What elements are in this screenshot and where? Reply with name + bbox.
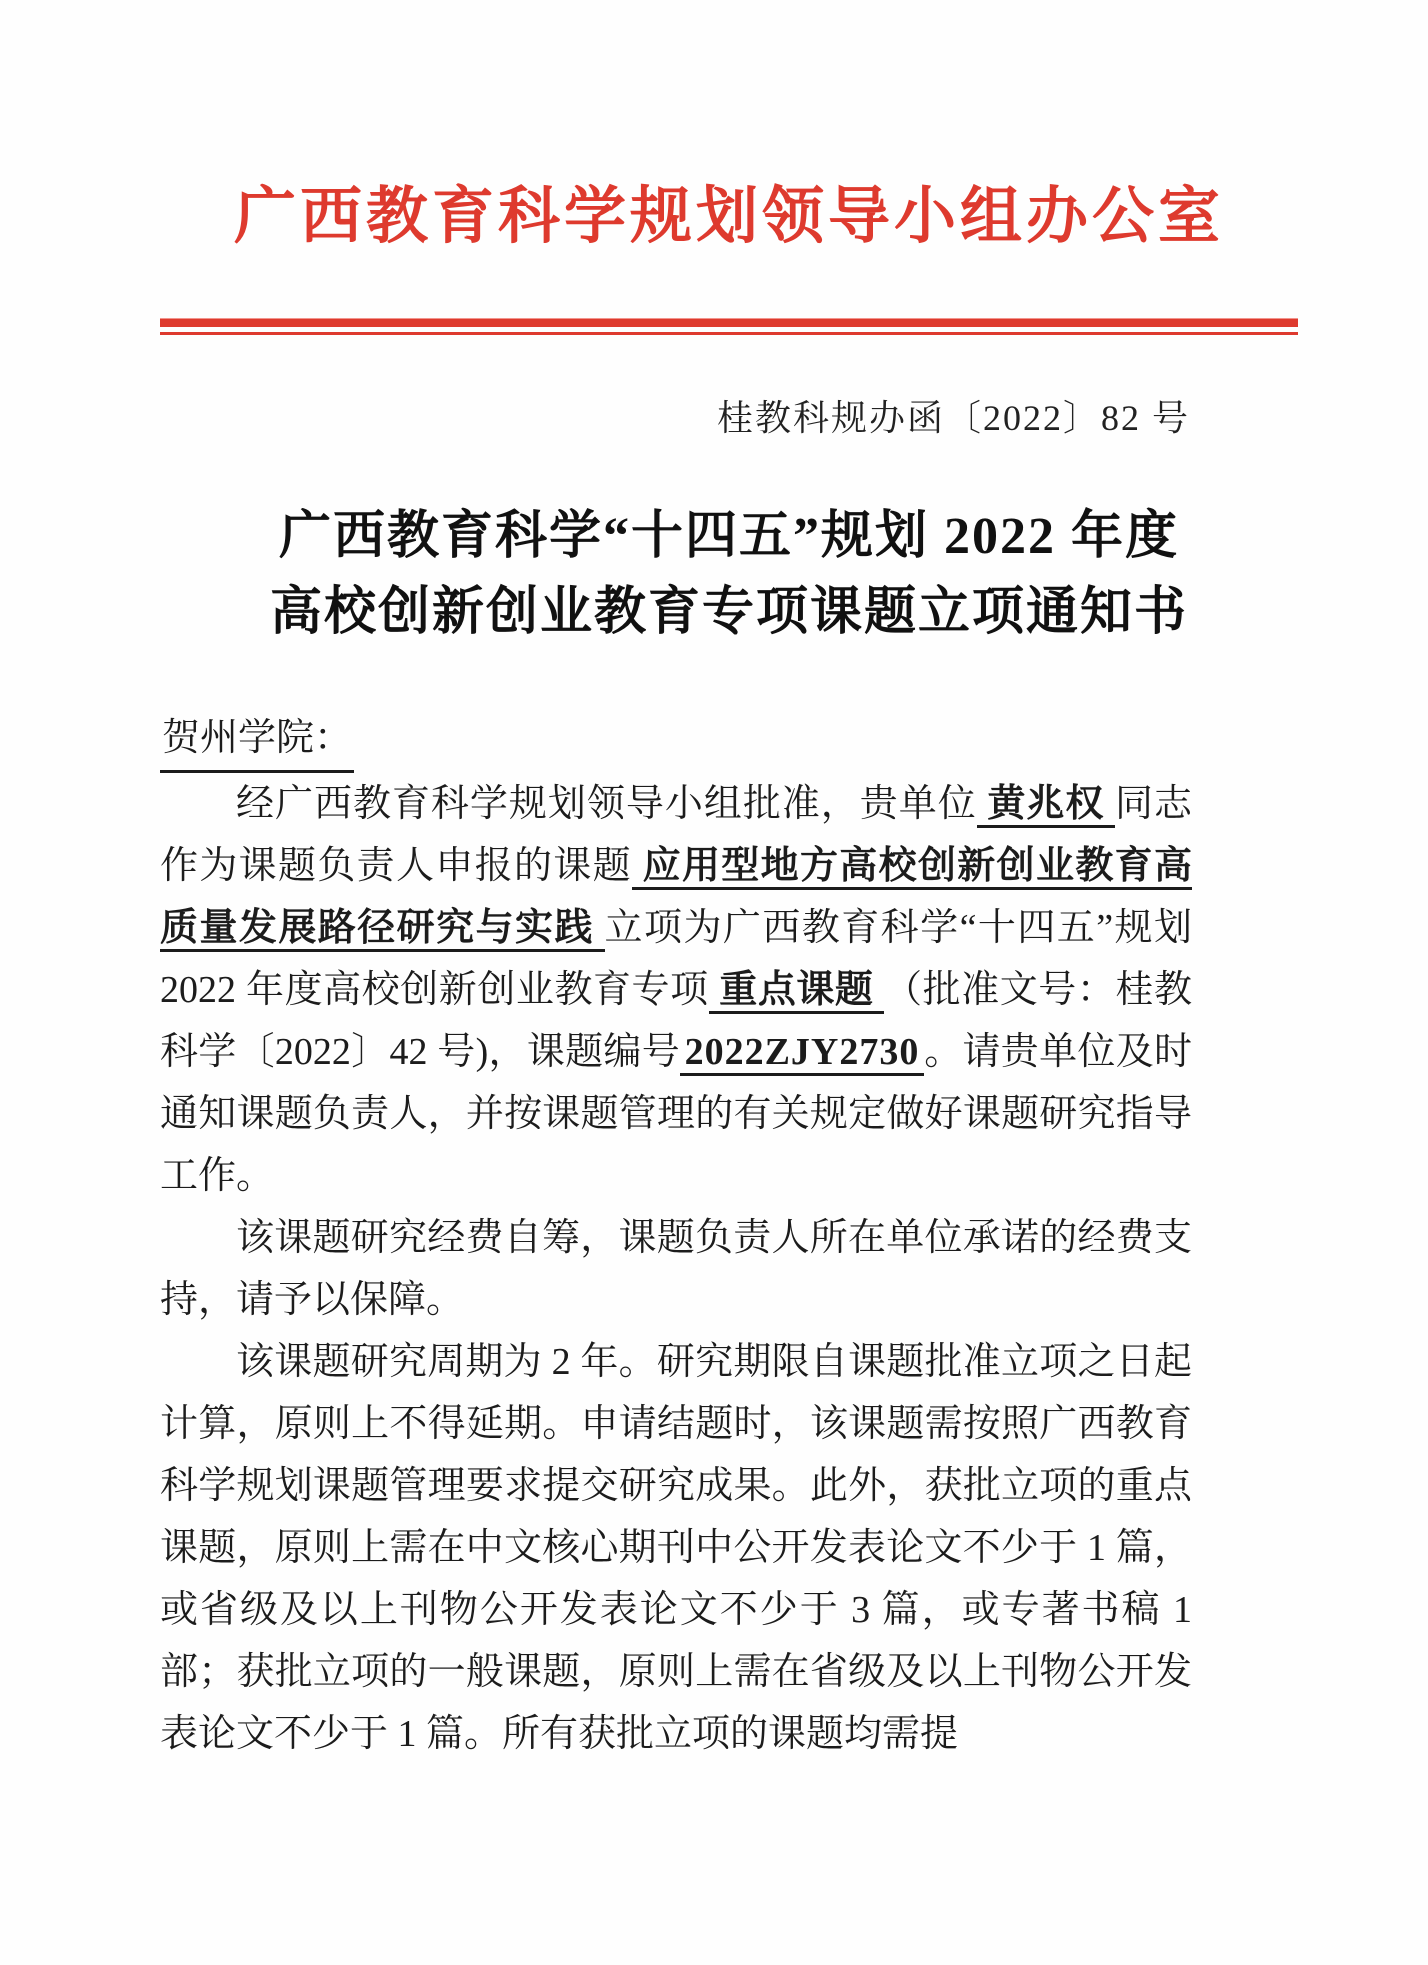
project-category: 重点课题 [709,969,884,1014]
paragraph-funding: 该课题研究经费自筹，课题负责人所在单位承诺的经费支持，请予以保障。 [160,1207,1192,1331]
letterhead-rule-thin [160,332,1298,335]
letterhead-org-title: 广西教育科学规划领导小组办公室 [160,185,1298,250]
salutation-recipient: 贺州学院： [160,707,354,773]
paragraph-approval: 经广西教育科学规划领导小组批准，贵单位黄兆权同志作为课题负责人申报的课题应用型地… [160,773,1192,1207]
project-leader-name: 黄兆权 [977,783,1115,828]
document-title-line-2: 高校创新创业教育专项课题立项通知书 [160,575,1298,651]
document-body: 贺州学院： 经广西教育科学规划领导小组批准，贵单位黄兆权同志作为课题负责人申报的… [160,707,1192,1765]
letterhead-rule [160,318,1298,335]
paragraph-approval-lead: 经广西教育科学规划领导小组批准，贵单位 [236,783,977,825]
paragraph-research-period: 该课题研究周期为 2 年。研究期限自课题批准立项之日起计算，原则上不得延期。申请… [160,1331,1192,1765]
letterhead: 广西教育科学规划领导小组办公室 [160,185,1298,335]
letterhead-rule-thick [160,318,1298,327]
project-code: 2022ZJY2730 [680,1031,924,1076]
salutation-line: 贺州学院： [160,707,1192,773]
document-title-line-1: 广西教育科学“十四五”规划 2022 年度 [160,499,1298,575]
document-page: 广西教育科学规划领导小组办公室 桂教科规办函〔2022〕82 号 广西教育科学“… [0,0,1428,1965]
document-title: 广西教育科学“十四五”规划 2022 年度 高校创新创业教育专项课题立项通知书 [160,499,1298,651]
document-number: 桂教科规办函〔2022〕82 号 [160,393,1298,443]
